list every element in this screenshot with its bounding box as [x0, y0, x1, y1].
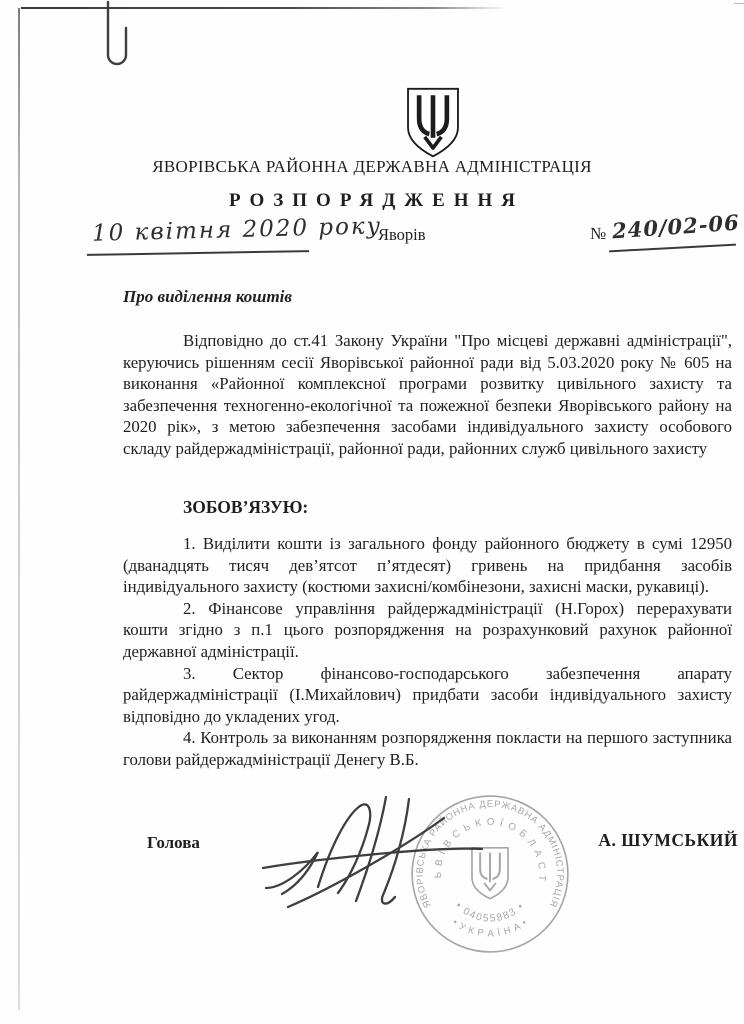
subject-line: Про виділення коштів [123, 287, 292, 307]
order-item-3: 3. Сектор фінансово-господарського забез… [123, 663, 732, 728]
intro-paragraph: Відповідно до ст.41 Закону України "Про … [123, 330, 732, 460]
number-label: № [590, 224, 606, 244]
signer-name: А. ШУМСЬКИЙ [560, 830, 738, 851]
order-item-4: 4. Контроль за виконанням розпорядження … [123, 727, 732, 770]
page-right-edge-mark [734, 3, 744, 4]
paper-clip-icon [95, 0, 140, 85]
obligate-heading: ЗОБОВ’ЯЗУЮ: [183, 497, 308, 518]
number-underline [609, 244, 736, 253]
handwritten-date: 10 квітня 2020 року [92, 213, 383, 247]
signer-title: Голова [147, 833, 200, 853]
handwritten-signature [258, 788, 488, 913]
place-name: Яворів [378, 225, 426, 245]
coat-of-arms-icon [396, 86, 470, 160]
scanned-document-page: ЯВОРІВСЬКА РАЙОННА ДЕРЖАВНА АДМІНІСТРАЦІ… [0, 0, 744, 1024]
organization-title: ЯВОРІВСЬКА РАЙОННА ДЕРЖАВНА АДМІНІСТРАЦІ… [0, 157, 744, 177]
page-top-edge-line [21, 7, 507, 9]
document-type-title: РОЗПОРЯДЖЕННЯ [0, 190, 744, 212]
intro-section: Відповідно до ст.41 Закону України "Про … [123, 330, 732, 460]
order-items: 1. Виділити кошти із загального фонду ра… [123, 533, 732, 771]
handwritten-number: 240/02-06 [611, 210, 740, 244]
order-item-1: 1. Виділити кошти із загального фонду ра… [123, 533, 732, 598]
date-underline [87, 250, 309, 256]
order-item-2: 2. Фінансове управління райдержадміністр… [123, 598, 732, 663]
